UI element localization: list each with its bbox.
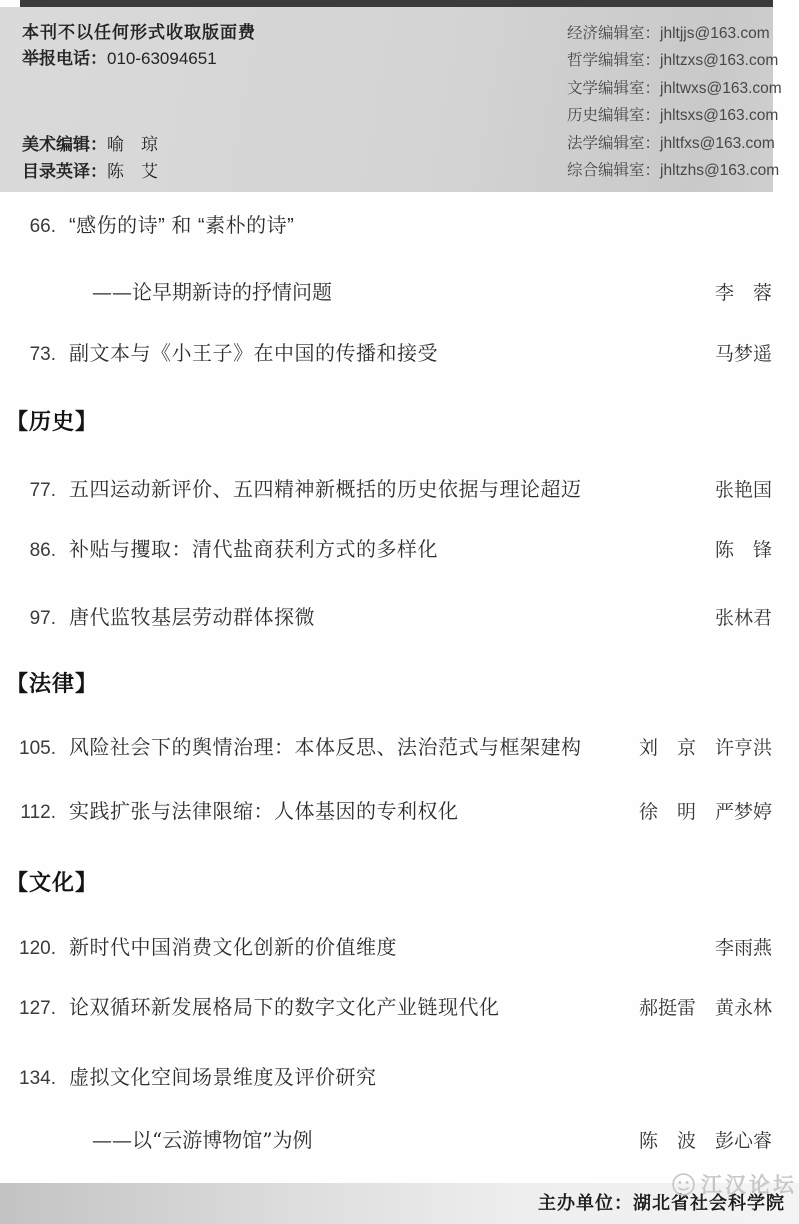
toc-entry: 112. 实践扩张与法律限缩：人体基因的专利权化 徐 明 严梦婷 bbox=[0, 798, 799, 827]
article-title: 论双循环新发展格局下的数字文化产业链现代化 bbox=[69, 994, 500, 1022]
watermark-logo-icon bbox=[671, 1172, 696, 1197]
toc-entry: 97. 唐代监牧基层劳动群体探微 张林君 bbox=[0, 604, 799, 633]
journal-toc-page: 本刊不以任何形式收取版面费 举报电话：010-63094651 美术编辑：喻 琼… bbox=[0, 0, 799, 1224]
art-editor-name: 喻 琼 bbox=[107, 135, 158, 154]
report-phone-line: 举报电话：010-63094651 bbox=[22, 46, 256, 72]
art-editor-label: 美术编辑： bbox=[22, 135, 107, 154]
page-number: 77. bbox=[0, 477, 56, 505]
article-title: 虚拟文化空间场景维度及评价研究 bbox=[69, 1064, 377, 1092]
page-number: 97. bbox=[0, 605, 56, 633]
toc-translator-name: 陈 艾 bbox=[107, 162, 158, 181]
article-authors: 张艳国 bbox=[715, 476, 772, 504]
toc-entry: 73. 副文本与《小王子》在中国的传播和接受 马梦遥 bbox=[0, 340, 799, 369]
article-authors: 马梦遥 bbox=[715, 340, 772, 368]
email-address: jhltsxs@163.com bbox=[660, 107, 778, 124]
email-label: 文学编辑室： bbox=[567, 80, 660, 97]
toc-entry: 120. 新时代中国消费文化创新的价值维度 李雨燕 bbox=[0, 934, 799, 963]
toc-entry: 105. 风险社会下的舆情治理：本体反思、法治范式与框架建构 刘 京 许亨洪 bbox=[0, 734, 799, 763]
email-item: 哲学编辑室：jhltzxs@163.com bbox=[567, 47, 782, 74]
email-address: jhltzhs@163.com bbox=[660, 162, 779, 179]
page-number: 86. bbox=[0, 537, 56, 565]
email-label: 哲学编辑室： bbox=[567, 52, 660, 69]
email-label: 经济编辑室： bbox=[567, 25, 660, 42]
page-number: 120. bbox=[0, 935, 56, 963]
top-accent-bar bbox=[20, 0, 773, 7]
page-number: 112. bbox=[0, 799, 56, 827]
article-title: 唐代监牧基层劳动群体探微 bbox=[69, 604, 315, 632]
masthead-left: 本刊不以任何形式收取版面费 举报电话：010-63094651 美术编辑：喻 琼… bbox=[22, 20, 256, 185]
page-number: 127. bbox=[0, 995, 56, 1023]
article-authors: 李 蓉 bbox=[715, 279, 772, 307]
toc-entry: 66. “感伤的诗” 和 “素朴的诗” bbox=[0, 212, 799, 241]
section-title: 【历史】 bbox=[6, 408, 98, 436]
article-authors: 郝挺雷 黄永林 bbox=[639, 994, 772, 1022]
article-title: “感伤的诗” 和 “素朴的诗” bbox=[69, 212, 294, 240]
email-label: 综合编辑室： bbox=[567, 162, 660, 179]
page-number: 73. bbox=[0, 341, 56, 369]
email-item: 经济编辑室：jhltjjs@163.com bbox=[567, 20, 782, 47]
page-number: 105. bbox=[0, 735, 56, 763]
article-title: 五四运动新评价、五四精神新概括的历史依据与理论超迈 bbox=[69, 476, 582, 504]
email-item: 综合编辑室：jhltzhs@163.com bbox=[567, 157, 782, 184]
toc-translator-line: 目录英译：陈 艾 bbox=[22, 158, 256, 185]
email-label: 法学编辑室： bbox=[567, 135, 660, 152]
toc-section-header: 【法律】 bbox=[0, 670, 799, 698]
article-title: 风险社会下的舆情治理：本体反思、法治范式与框架建构 bbox=[69, 734, 582, 762]
email-label: 历史编辑室： bbox=[567, 107, 660, 124]
email-item: 法学编辑室：jhltfxs@163.com bbox=[567, 130, 782, 157]
article-authors: 陈 锋 bbox=[715, 536, 772, 564]
no-fee-notice: 本刊不以任何形式收取版面费 bbox=[22, 20, 256, 46]
toc-subtitle: ——论早期新诗的抒情问题 李 蓉 bbox=[0, 278, 799, 307]
watermark-text: 江汉论坛 bbox=[701, 1169, 797, 1199]
report-phone-number: 010-63094651 bbox=[107, 49, 217, 68]
article-authors: 陈 波 彭心睿 bbox=[639, 1127, 772, 1155]
email-address: jhltzxs@163.com bbox=[660, 52, 778, 69]
toc-subtitle: ——以“云游博物馆”为例 陈 波 彭心睿 bbox=[0, 1126, 799, 1155]
email-address: jhltjjs@163.com bbox=[660, 25, 770, 42]
art-editor-line: 美术编辑：喻 琼 bbox=[22, 131, 256, 158]
toc-entry: 127. 论双循环新发展格局下的数字文化产业链现代化 郝挺雷 黄永林 bbox=[0, 994, 799, 1023]
toc-entry: 134. 虚拟文化空间场景维度及评价研究 bbox=[0, 1064, 799, 1093]
page-number: 66. bbox=[0, 213, 56, 241]
toc-entry: 86. 补贴与攫取：清代盐商获利方式的多样化 陈 锋 bbox=[0, 536, 799, 565]
article-subtitle: ——论早期新诗的抒情问题 bbox=[92, 278, 332, 306]
toc-section-header: 【历史】 bbox=[0, 408, 799, 436]
masthead: 本刊不以任何形式收取版面费 举报电话：010-63094651 美术编辑：喻 琼… bbox=[0, 7, 773, 192]
section-title: 【法律】 bbox=[6, 670, 98, 698]
article-title: 新时代中国消费文化创新的价值维度 bbox=[69, 934, 397, 962]
article-authors: 李雨燕 bbox=[715, 934, 772, 962]
article-title: 实践扩张与法律限缩：人体基因的专利权化 bbox=[69, 798, 459, 826]
toc-section-header: 【文化】 bbox=[0, 869, 799, 897]
article-authors: 张林君 bbox=[715, 604, 772, 632]
email-address: jhltfxs@163.com bbox=[660, 135, 775, 152]
section-title: 【文化】 bbox=[6, 869, 98, 897]
article-authors: 徐 明 严梦婷 bbox=[639, 798, 772, 826]
toc-entry: 77. 五四运动新评价、五四精神新概括的历史依据与理论超迈 张艳国 bbox=[0, 476, 799, 505]
report-phone-label: 举报电话： bbox=[22, 49, 107, 68]
article-authors: 刘 京 许亨洪 bbox=[639, 734, 772, 762]
watermark: 江汉论坛 bbox=[671, 1169, 797, 1199]
email-item: 文学编辑室：jhltwxs@163.com bbox=[567, 75, 782, 102]
toc-translator-label: 目录英译： bbox=[22, 162, 107, 181]
article-title: 补贴与攫取：清代盐商获利方式的多样化 bbox=[69, 536, 438, 564]
email-address: jhltwxs@163.com bbox=[660, 80, 782, 97]
page-number: 134. bbox=[0, 1065, 56, 1093]
article-subtitle: ——以“云游博物馆”为例 bbox=[92, 1126, 312, 1154]
article-title: 副文本与《小王子》在中国的传播和接受 bbox=[69, 340, 438, 368]
email-item: 历史编辑室：jhltsxs@163.com bbox=[567, 102, 782, 129]
email-list: 经济编辑室：jhltjjs@163.com 哲学编辑室：jhltzxs@163.… bbox=[567, 20, 782, 184]
